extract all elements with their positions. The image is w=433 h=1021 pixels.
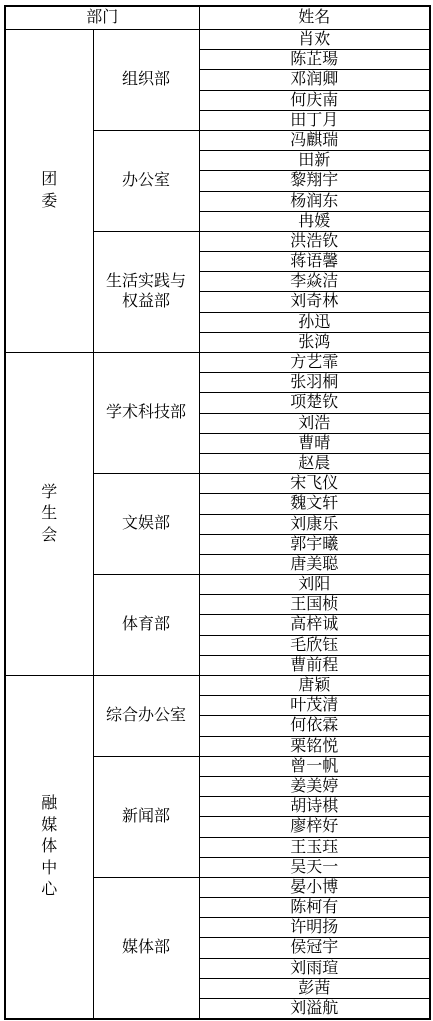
name-cell: 魏文轩	[199, 494, 430, 514]
group-label: 团委	[40, 169, 58, 212]
department-cell: 媒体部	[93, 877, 199, 1019]
department-label: 体育部	[122, 615, 170, 635]
department-cell: 办公室	[93, 130, 199, 231]
name-cell: 王玉珏	[199, 837, 430, 857]
department-cell: 体育部	[93, 575, 199, 676]
department-label: 学术科技部	[106, 403, 186, 423]
name-cell: 廖梓好	[199, 817, 430, 837]
group-label: 学生会	[40, 482, 58, 547]
name-cell: 项楚钦	[199, 393, 430, 413]
name-cell: 姜美婷	[199, 776, 430, 796]
name-cell: 曾一帆	[199, 756, 430, 776]
name-cell: 何依霖	[199, 716, 430, 736]
department-cell: 学术科技部	[93, 353, 199, 474]
name-cell: 陈芷瑒	[199, 50, 430, 70]
department-column-header: 部门	[5, 6, 199, 30]
name-cell: 何庆南	[199, 90, 430, 110]
name-cell: 胡诗棋	[199, 797, 430, 817]
org-roster-table: 部门 姓名 团委 组织部 肖欢 陈芷瑒 邓润卿 何庆南 田丁月 办公室 冯麒瑞 …	[4, 5, 431, 1020]
group-label: 融媒体中心	[40, 793, 58, 901]
name-cell: 洪浩钦	[199, 231, 430, 251]
department-label: 媒体部	[122, 938, 170, 958]
name-cell: 曹晴	[199, 433, 430, 453]
name-cell: 刘浩	[199, 413, 430, 433]
name-cell: 田丁月	[199, 110, 430, 130]
department-cell: 文娱部	[93, 474, 199, 575]
name-cell: 刘奇林	[199, 292, 430, 312]
name-cell: 毛欣钰	[199, 635, 430, 655]
department-cell: 组织部	[93, 30, 199, 131]
name-cell: 侯冠宇	[199, 938, 430, 958]
name-cell: 邓润卿	[199, 70, 430, 90]
department-cell: 生活实践与权益部	[93, 231, 199, 352]
department-label: 生活实践与权益部	[106, 272, 186, 312]
name-cell: 杨润东	[199, 191, 430, 211]
name-cell: 栗铭悦	[199, 736, 430, 756]
department-label: 办公室	[122, 171, 170, 191]
name-cell: 张羽桐	[199, 373, 430, 393]
name-cell: 蒋语馨	[199, 252, 430, 272]
name-column-header: 姓名	[199, 6, 430, 30]
department-cell: 新闻部	[93, 756, 199, 877]
name-cell: 黎翔宇	[199, 171, 430, 191]
table-row: 团委 组织部 肖欢	[5, 30, 430, 50]
name-cell: 高梓诚	[199, 615, 430, 635]
department-label: 组织部	[122, 70, 170, 90]
name-cell: 刘溢航	[199, 999, 430, 1020]
name-cell: 刘雨瑄	[199, 958, 430, 978]
name-cell: 李焱洁	[199, 272, 430, 292]
name-cell: 王国桢	[199, 595, 430, 615]
name-cell: 叶茂清	[199, 696, 430, 716]
name-cell: 刘阳	[199, 575, 430, 595]
name-cell: 赵晨	[199, 453, 430, 473]
name-cell: 方艺霏	[199, 353, 430, 373]
name-cell: 郭宇曦	[199, 534, 430, 554]
group-cell: 团委	[5, 30, 93, 353]
group-cell: 学生会	[5, 353, 93, 676]
name-cell: 唐颖	[199, 676, 430, 696]
department-label: 文娱部	[122, 514, 170, 534]
table-row: 融媒体中心 综合办公室 唐颖	[5, 676, 430, 696]
name-cell: 唐美聪	[199, 554, 430, 574]
name-cell: 肖欢	[199, 30, 430, 50]
name-cell: 刘康乐	[199, 514, 430, 534]
name-cell: 冉媛	[199, 211, 430, 231]
name-cell: 许明扬	[199, 918, 430, 938]
name-cell: 宋飞仪	[199, 474, 430, 494]
group-cell: 融媒体中心	[5, 676, 93, 1020]
name-cell: 冯麒瑞	[199, 130, 430, 150]
name-cell: 曹前程	[199, 655, 430, 675]
name-cell: 陈柯有	[199, 898, 430, 918]
name-cell: 晏小博	[199, 877, 430, 897]
department-cell: 综合办公室	[93, 676, 199, 757]
name-cell: 张鸿	[199, 332, 430, 352]
department-label: 综合办公室	[106, 706, 186, 726]
header-row: 部门 姓名	[5, 6, 430, 30]
name-cell: 孙迅	[199, 312, 430, 332]
table-row: 学生会 学术科技部 方艺霏	[5, 353, 430, 373]
name-cell: 田新	[199, 151, 430, 171]
name-cell: 彭茜	[199, 978, 430, 998]
name-cell: 吴天一	[199, 857, 430, 877]
department-label: 新闻部	[122, 807, 170, 827]
